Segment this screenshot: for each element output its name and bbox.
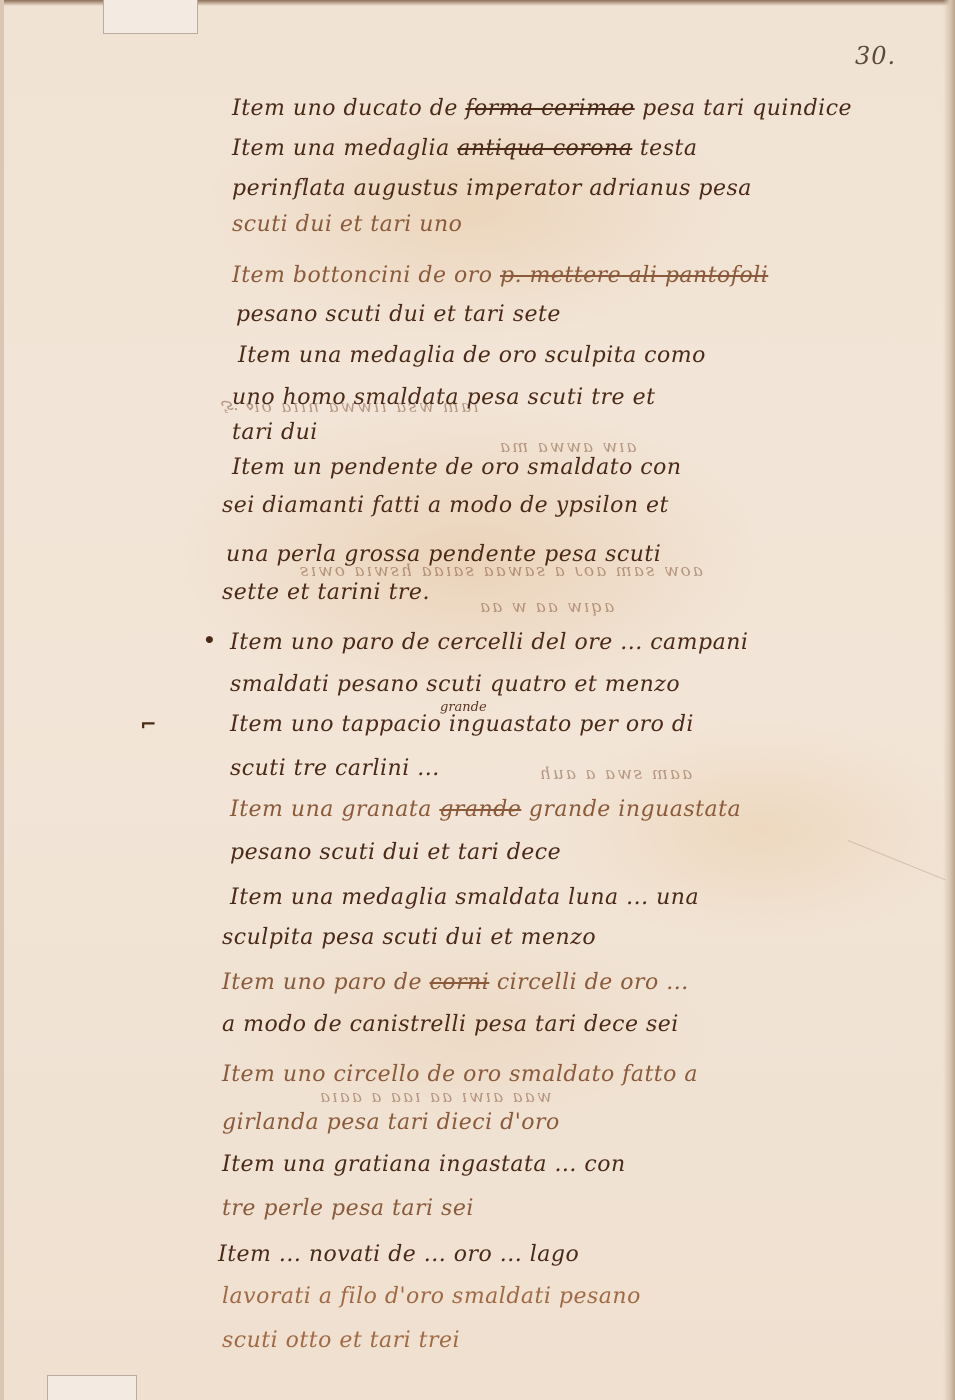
manuscript-line: a modo de canistrelli pesa tari dece sei [222, 1012, 679, 1037]
folio-number: 30. [855, 42, 896, 70]
manuscript-line: Item una gratiana ingastata ... con [222, 1152, 626, 1177]
line-text: Item un pendente de oro smaldato con [232, 455, 682, 480]
line-text: Item ... novati de ... oro ... lago [218, 1242, 579, 1267]
manuscript-line: scuti tre carlini ... [230, 756, 440, 781]
manuscript-line: sculpita pesa scuti dui et menzo [222, 925, 596, 950]
manuscript-line: perinflata augustus imperator adrianus p… [232, 176, 752, 201]
margin-mark: ⌐ [140, 712, 157, 736]
line-text: Item uno paro de cercelli del ore ... ca… [230, 630, 748, 655]
struck-text: forma cerimae [465, 96, 634, 121]
manuscript-line: girlanda pesa tari dieci d'oro [222, 1110, 560, 1135]
line-text: sei diamanti fatti a modo de ypsilon et [222, 493, 669, 518]
manuscript-line: pesano scuti dui et tari sete [236, 302, 561, 327]
manuscript-line: pesano scuti dui et tari dece [230, 840, 561, 865]
line-text: sculpita pesa scuti dui et menzo [222, 925, 596, 950]
line-text-tail: pesa tari quindice [635, 96, 852, 121]
manuscript-line: Item una granata grande grande inguastat… [230, 797, 741, 822]
line-text: pesano scuti dui et tari dece [230, 840, 561, 865]
line-text: sette et tarini tre. [222, 580, 430, 605]
manuscript-line: uno homo smaldata pesa scuti tre et [232, 385, 655, 410]
manuscript-line: scuti dui et tari uno [232, 212, 462, 237]
manuscript-line: scuti otto et tari trei [222, 1328, 460, 1353]
line-text: smaldati pesano scuti quatro et menzo [230, 672, 680, 697]
line-text: tre perle pesa tari sei [222, 1196, 474, 1221]
line-text: scuti otto et tari trei [222, 1328, 460, 1353]
line-text-tail: testa [632, 136, 697, 161]
line-text: girlanda pesa tari dieci d'oro [222, 1110, 560, 1135]
manuscript-line: una perla grossa pendente pesa scuti [226, 542, 661, 567]
bleed-through-ink: ɐıɐɐ ɐ ɐɐı ɐɐ ıʍıɐ ɐɐʍ [320, 1088, 553, 1108]
line-text: Item uno ducato de [232, 96, 465, 121]
struck-text: p. mettere ali pantofoli [500, 263, 768, 288]
line-text: scuti dui et tari uno [232, 212, 462, 237]
interlinear-note: grande [440, 700, 487, 715]
manuscript-line: Item una medaglia antiqua corona testa [232, 136, 697, 161]
line-text: Item uno circello de oro smaldato fatto … [222, 1062, 698, 1087]
struck-text: corni [430, 970, 490, 995]
struck-text: grande [439, 797, 521, 822]
line-text: Item una granata [230, 797, 439, 822]
paper-fold-line [848, 840, 946, 880]
paper-tab-top [103, 0, 198, 34]
manuscript-line: sei diamanti fatti a modo de ypsilon et [222, 493, 669, 518]
page-right-edge [943, 0, 955, 1400]
page-left-edge [0, 0, 4, 1400]
line-text: Item bottoncini de oro [232, 263, 500, 288]
line-text-tail: circelli de oro ... [489, 970, 688, 995]
manuscript-line: sette et tarini tre. [222, 580, 430, 605]
margin-mark: • [203, 628, 216, 652]
manuscript-page: 30. ہ ·ئ︎ıo ɐıı︎u ɐʍʍı︎ı︎ ɐsʍ ɯɐı ɐɯ ɐʍʍ… [0, 0, 955, 1400]
manuscript-line: Item un pendente de oro smaldato con [232, 455, 682, 480]
manuscript-line: tari dui [232, 420, 318, 445]
paper-tab-bottom [47, 1375, 137, 1400]
bleed-through-ink: ɥnɐ ɐ ɐʍs ɯɐɐ [540, 765, 694, 785]
line-text: tari dui [232, 420, 318, 445]
manuscript-line: Item uno tappacio inguastato per oro di [230, 712, 694, 737]
line-text: pesano scuti dui et tari sete [236, 302, 561, 327]
manuscript-line: tre perle pesa tari sei [222, 1196, 474, 1221]
manuscript-line: Item uno circello de oro smaldato fatto … [222, 1062, 698, 1087]
struck-text: antiqua corona [457, 136, 632, 161]
manuscript-line: Item uno paro de cercelli del ore ... ca… [230, 630, 748, 655]
line-text: Item una gratiana ingastata ... con [222, 1152, 626, 1177]
line-text: Item una medaglia de oro sculpita como [238, 343, 706, 368]
line-text-tail: inguastato per oro di [449, 712, 694, 737]
line-text: lavorati a filo d'oro smaldati pesano [222, 1284, 641, 1309]
line-text: a modo de canistrelli pesa tari dece sei [222, 1012, 679, 1037]
manuscript-line: Item ... novati de ... oro ... lago [218, 1242, 579, 1267]
line-text: Item una medaglia [232, 136, 457, 161]
manuscript-line: Item una medaglia de oro sculpita como [238, 343, 706, 368]
manuscript-line: lavorati a filo d'oro smaldati pesano [222, 1284, 641, 1309]
manuscript-line: Item una medaglia smaldata luna ... una [230, 885, 699, 910]
bleed-through-ink: ɐɐ ʍ ɐɐ ʍıbɐ [480, 598, 616, 618]
line-text: scuti tre carlini ... [230, 756, 440, 781]
line-text-tail: grande inguastata [521, 797, 741, 822]
line-text: una perla grossa pendente pesa scuti [226, 542, 661, 567]
line-text: Item una medaglia smaldata luna ... una [230, 885, 699, 910]
line-text: perinflata augustus imperator adrianus p… [232, 176, 752, 201]
manuscript-line: Item uno paro de corni circelli de oro .… [222, 970, 689, 995]
line-text: Item uno paro de [222, 970, 430, 995]
manuscript-line: Item bottoncini de oro p. mettere ali pa… [232, 263, 768, 288]
line-text: Item uno tappacio [230, 712, 449, 737]
line-text: uno homo smaldata pesa scuti tre et [232, 385, 655, 410]
manuscript-line: smaldati pesano scuti quatro et menzo [230, 672, 680, 697]
manuscript-line: Item uno ducato de forma cerimae pesa ta… [232, 96, 852, 121]
